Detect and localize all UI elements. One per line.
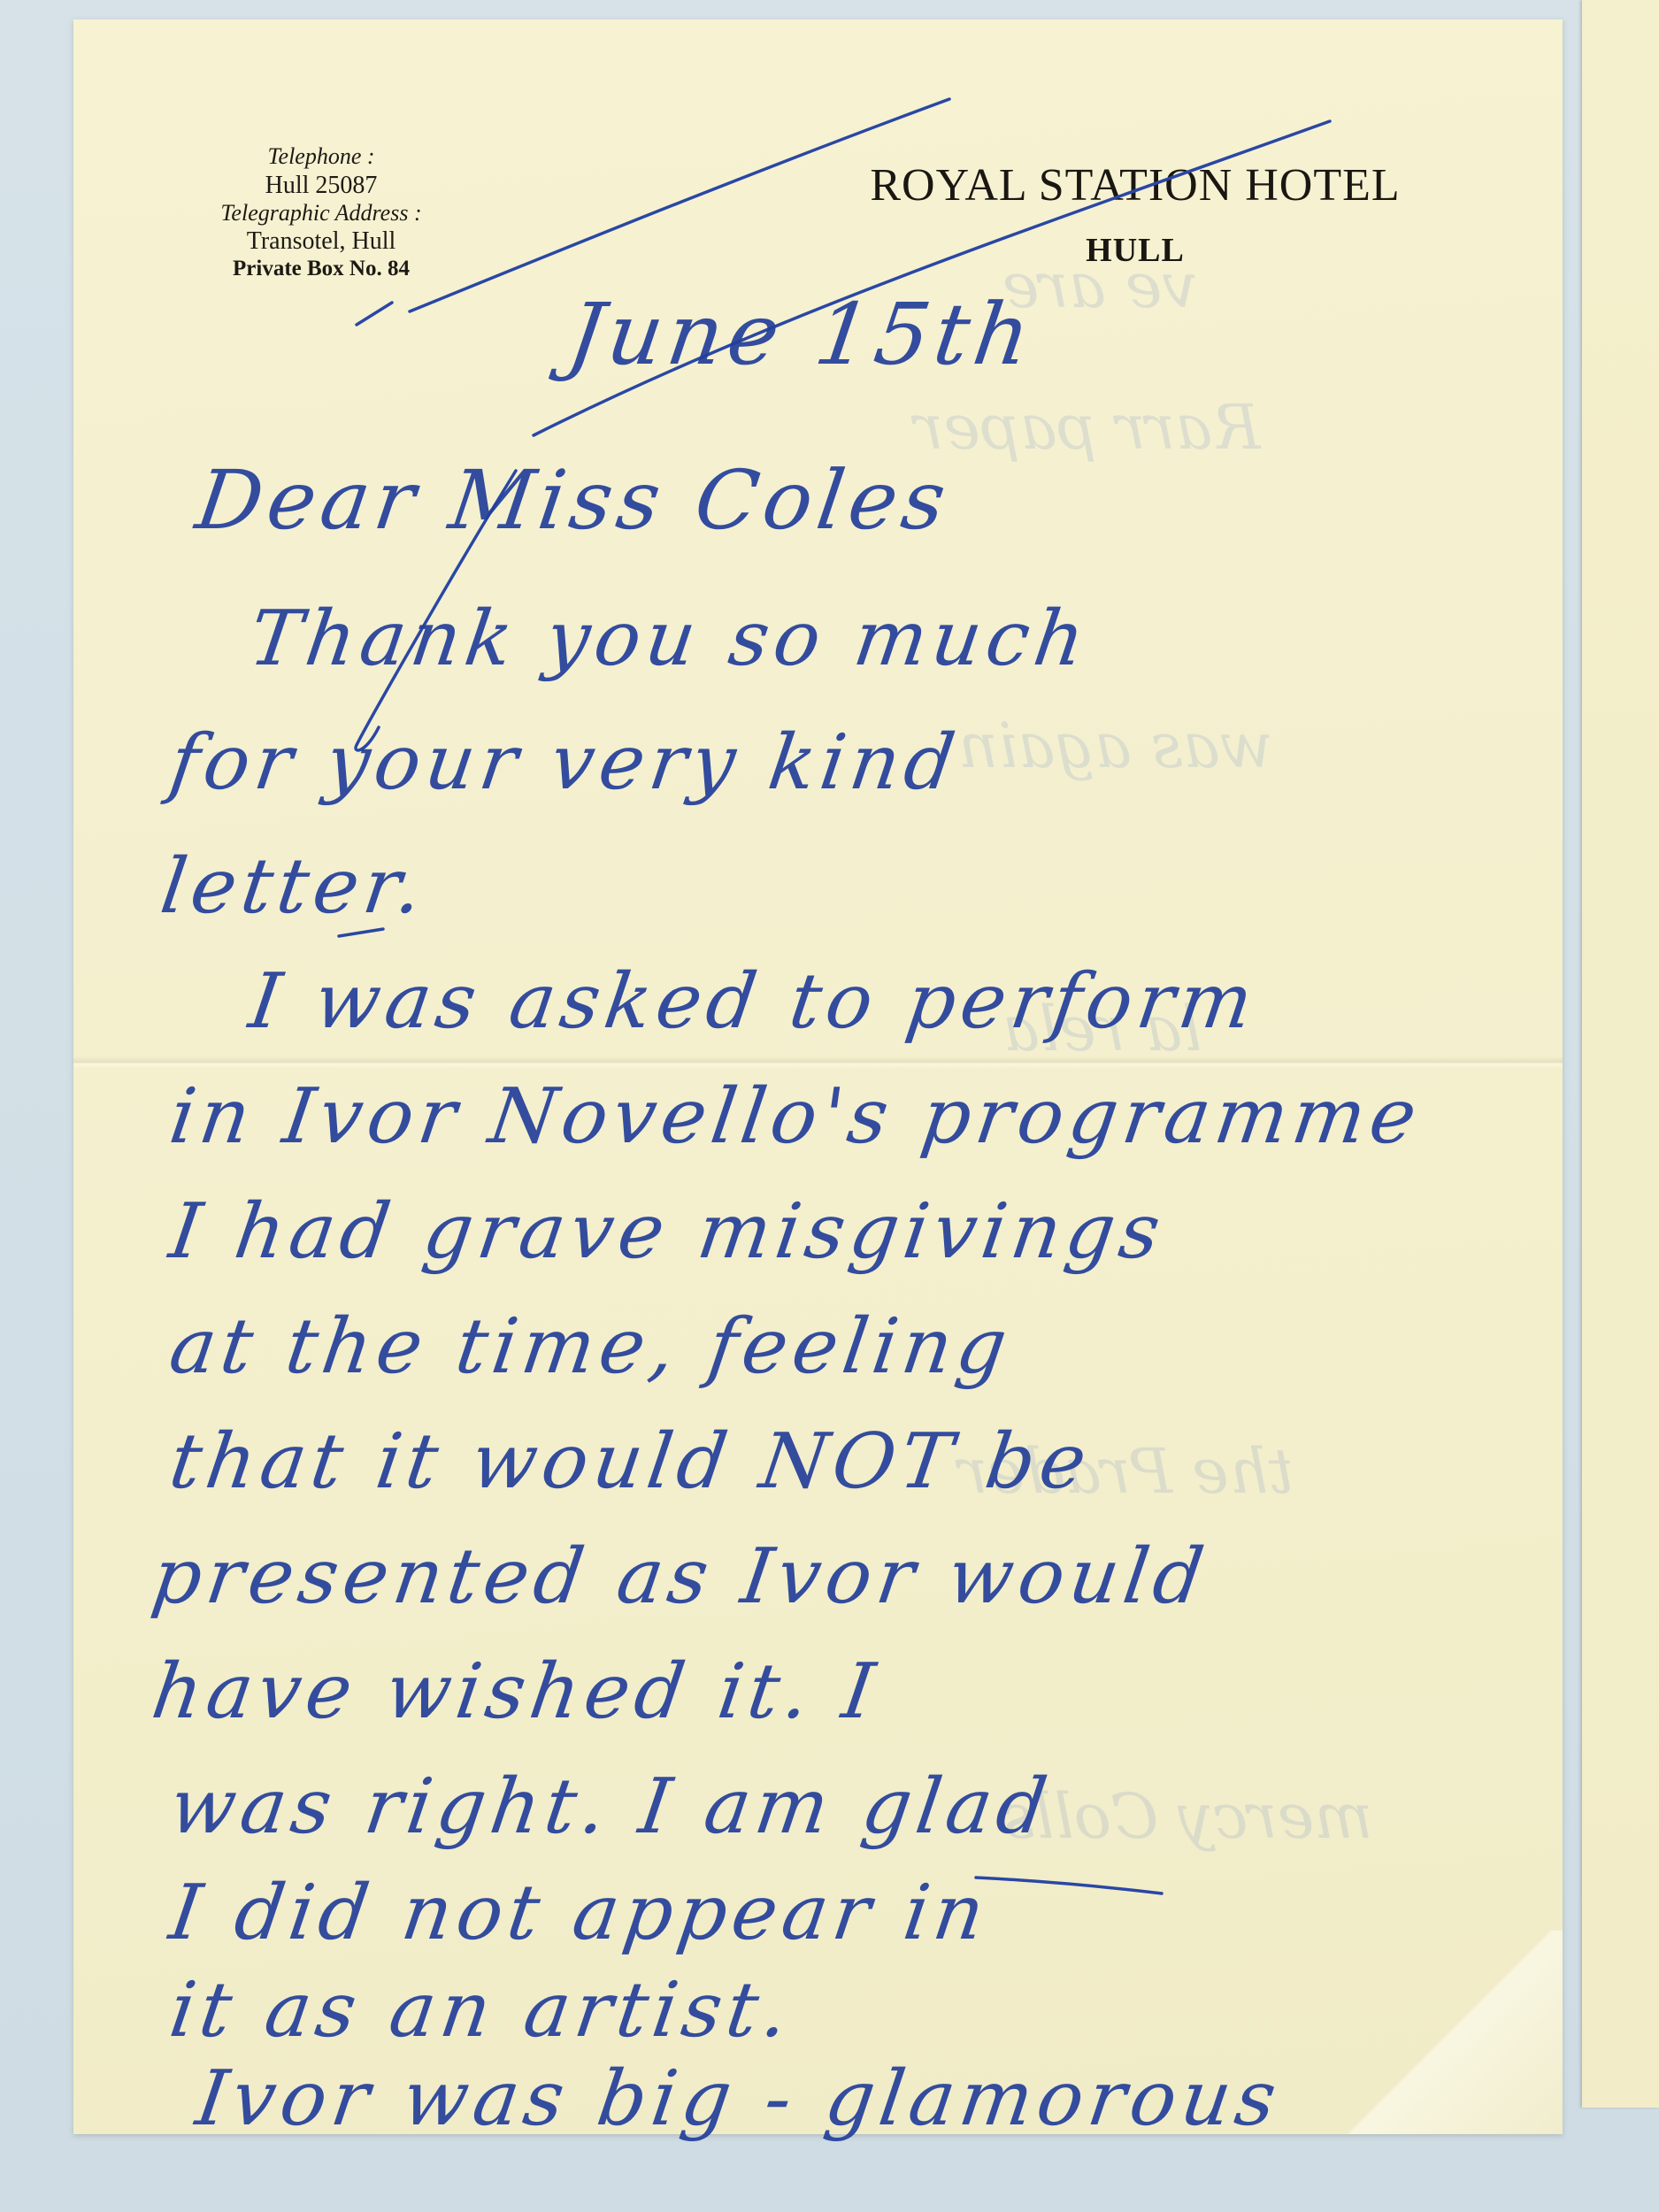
hotel-name: ROYAL STATION HOTEL xyxy=(772,159,1498,211)
letterhead-contact-block: Telephone : Hull 25087 Telegraphic Addre… xyxy=(188,143,454,282)
letter-line: Thank you so much xyxy=(244,595,1095,683)
telephone-label: Telephone : xyxy=(188,143,454,171)
letter-line: I had grave misgivings xyxy=(165,1187,1171,1276)
letter-line: I did not appear in xyxy=(165,1869,995,1957)
letter-line: for your very kind xyxy=(165,718,965,807)
letter-line: was right. I am glad xyxy=(165,1763,1057,1851)
artist-strike-line xyxy=(976,1878,1162,1893)
telephone-number: Hull 25087 xyxy=(188,171,454,200)
private-box: Private Box No. 84 xyxy=(188,256,454,282)
letterhead-title-block: ROYAL STATION HOTEL HULL xyxy=(772,159,1498,270)
letter-line: that it would NOT be xyxy=(165,1417,1097,1506)
reverse-side-bleed: was again xyxy=(958,710,1273,782)
letter-date: June 15th xyxy=(562,285,1041,384)
letter-line: Ivor was big - glamorous xyxy=(191,2055,1286,2143)
reverse-side-bleed: mercy Colls xyxy=(1002,1780,1373,1853)
letter-line: presented as Ivor would xyxy=(147,1532,1214,1621)
letter-line: have wished it. I xyxy=(147,1647,885,1736)
letter-line: letter. xyxy=(156,842,433,931)
hotel-city: HULL xyxy=(772,231,1498,270)
letter-sheet: ve are Rarr paper was again la rela the … xyxy=(73,19,1563,2134)
letter-line: at the time, feeling xyxy=(165,1302,1018,1391)
paper-fold-line xyxy=(73,1056,1563,1069)
letter-line: it as an artist. xyxy=(165,1966,799,2055)
telegraphic-address-value: Transotel, Hull xyxy=(188,227,454,256)
paper-corner-crease xyxy=(1333,1931,1563,2134)
telegraphic-address-label: Telegraphic Address : xyxy=(188,200,454,227)
reverse-side-bleed: Rarr paper xyxy=(914,391,1260,464)
letter-line: in Ivor Novello's programme xyxy=(165,1072,1427,1161)
letter-line: I was asked to perform xyxy=(244,957,1263,1046)
second-letter-sheet-edge xyxy=(1582,0,1659,2108)
letter-salutation: Dear Miss Coles xyxy=(190,453,956,548)
